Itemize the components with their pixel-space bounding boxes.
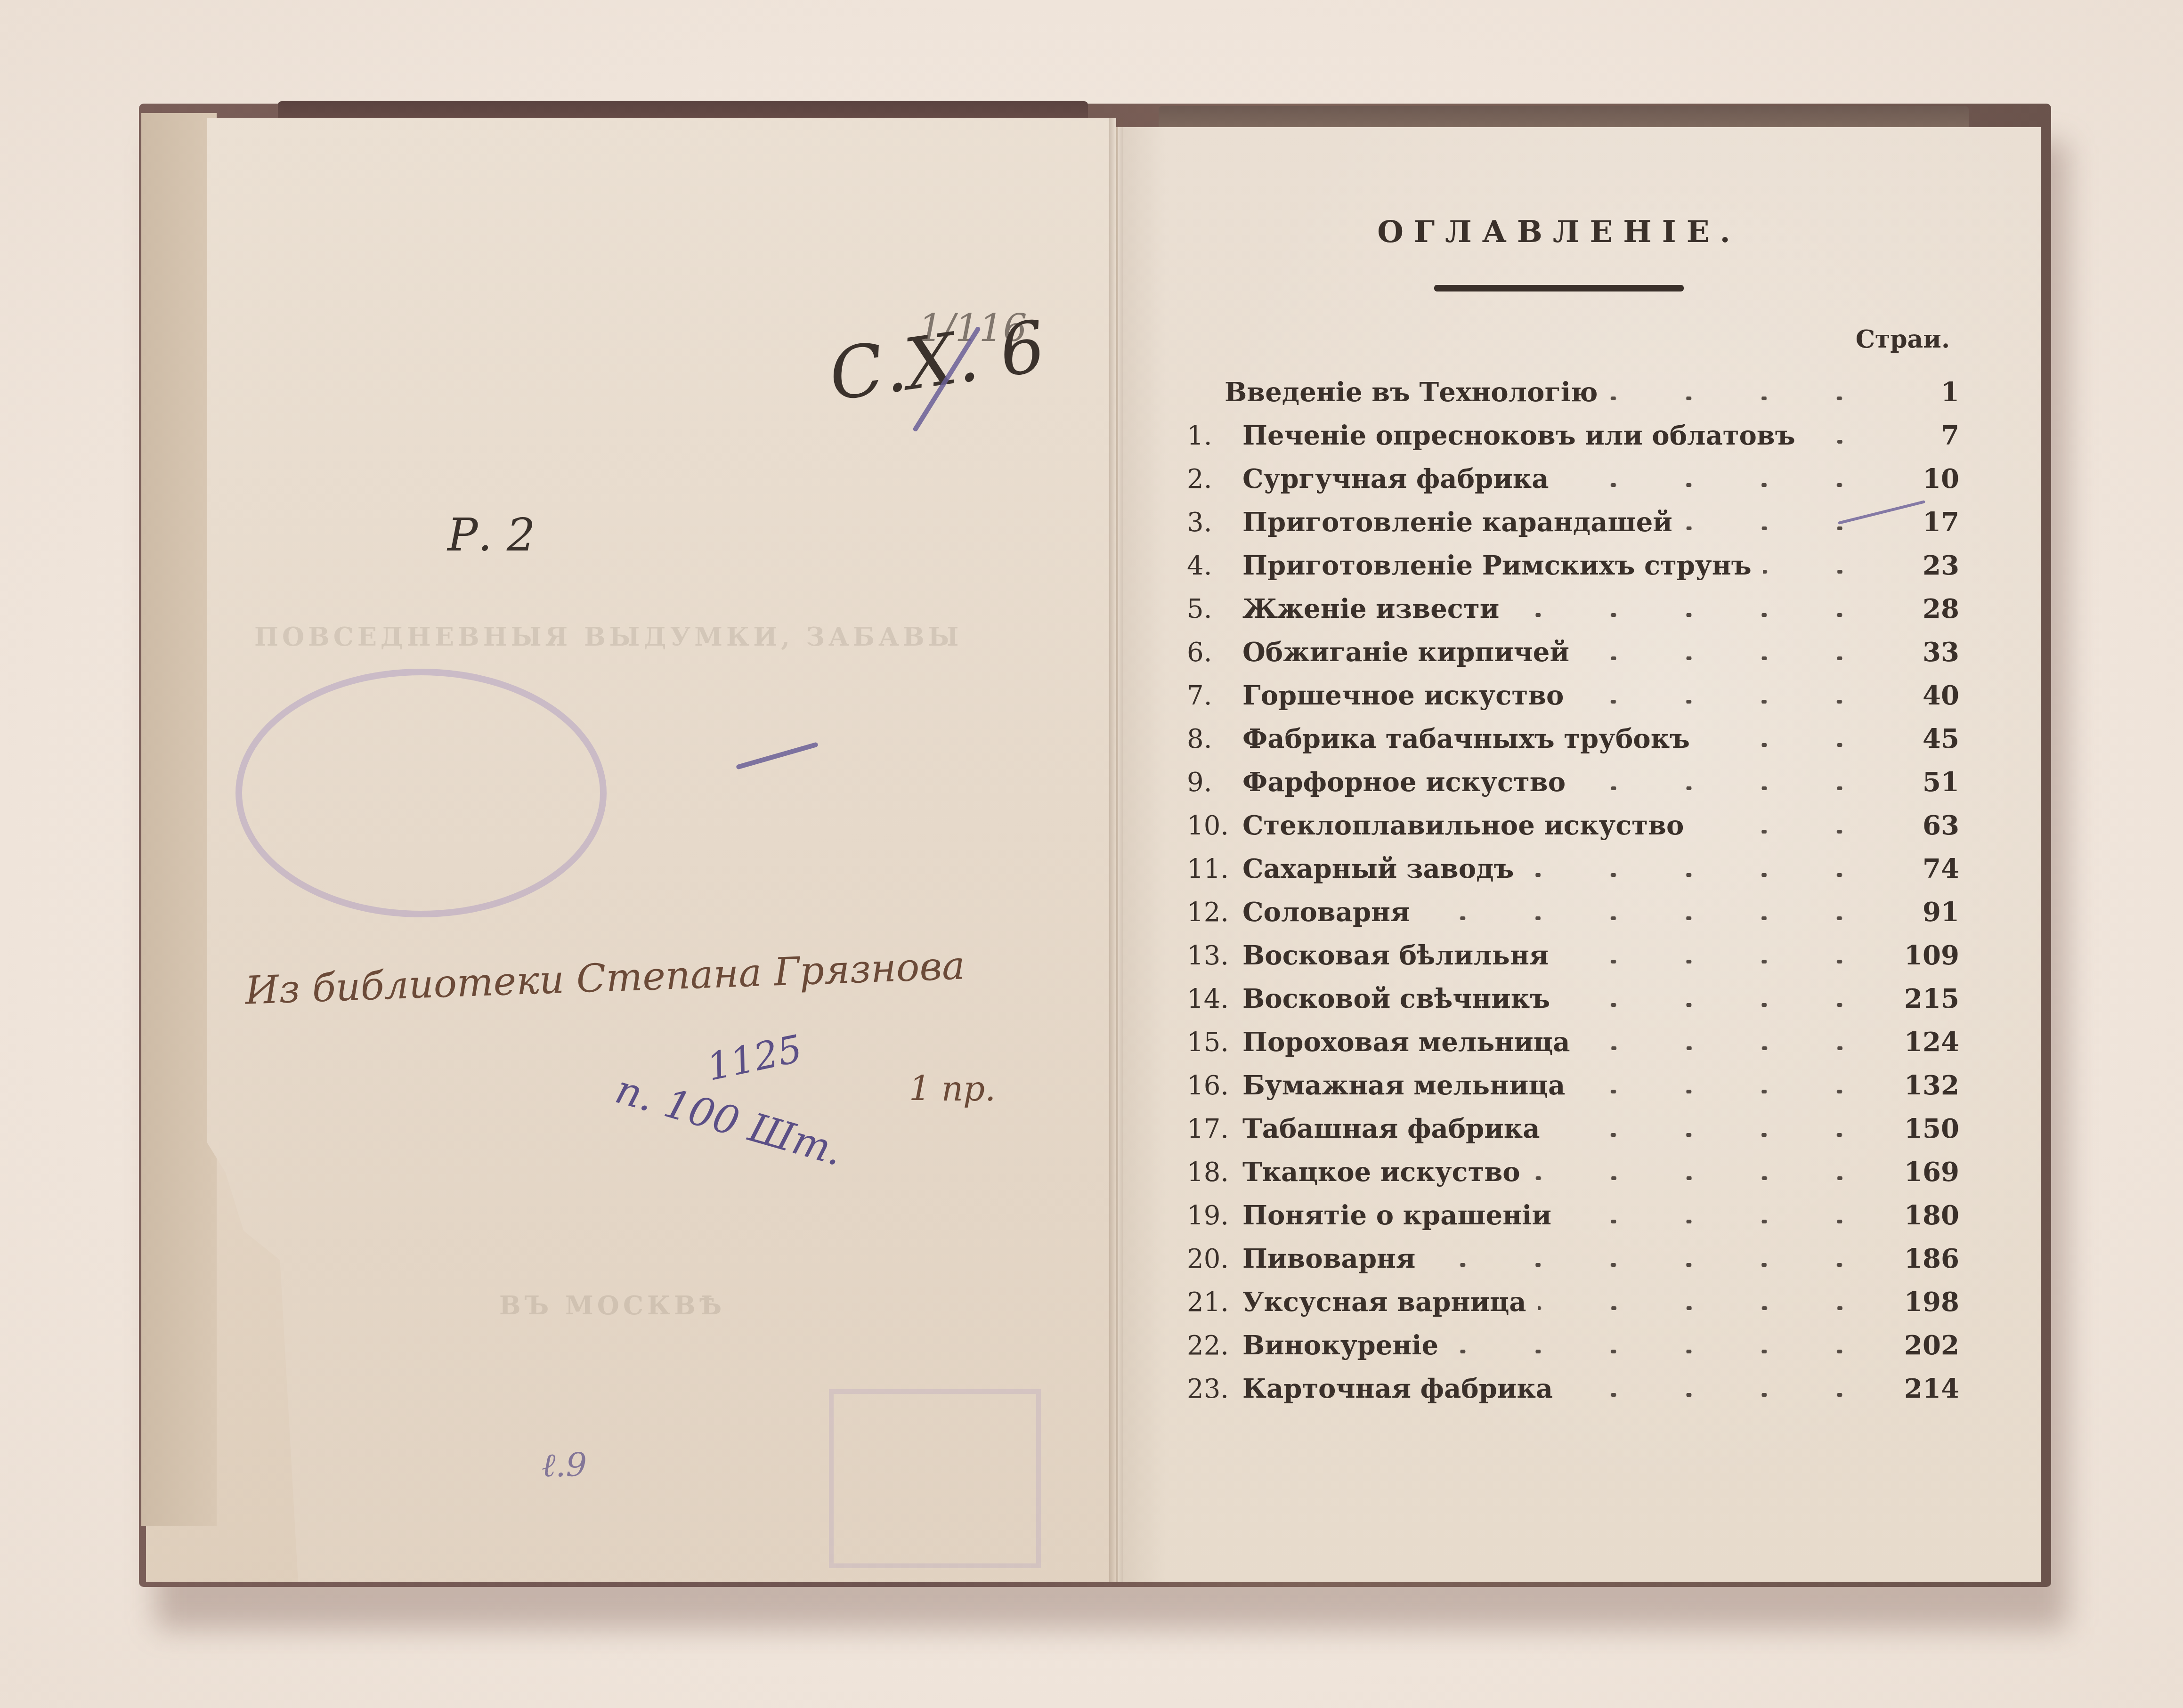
toc-entry: 3. Приготовленіе карандашей 17 xyxy=(1187,507,1959,550)
toc-entry-label: Уксусная варница xyxy=(1242,1287,1526,1318)
toc-entry-page: 215 xyxy=(1889,983,1959,1014)
toc-title: ОГЛАВЛЕНІЕ. xyxy=(1347,214,1771,250)
toc-entry-label: Горшечное искуство xyxy=(1242,680,1564,711)
toc-entry-page: 7 xyxy=(1889,420,1959,451)
toc-entry-number: 16. xyxy=(1187,1070,1242,1101)
violet-pencil-mark: ℓ.9 xyxy=(542,1446,587,1485)
toc-entry-label: Восковая бѣлильня xyxy=(1242,940,1549,971)
toc-entry-number: 18. xyxy=(1187,1157,1242,1188)
toc-entry-number: 3. xyxy=(1187,507,1242,538)
toc-entry-number: 10. xyxy=(1187,810,1242,841)
toc-entry-page: 202 xyxy=(1889,1330,1959,1361)
page-column-header: Страи. xyxy=(1827,325,1950,354)
toc-entry-number: 2. xyxy=(1187,464,1242,494)
toc-entry-number: 17. xyxy=(1187,1114,1242,1144)
toc-entry-page: 132 xyxy=(1889,1070,1959,1101)
leader-dots xyxy=(1427,1263,1877,1267)
toc-entry-label: Пороховая мельница xyxy=(1242,1027,1570,1058)
toc-entry: 14. Восковой свѣчникъ 215 xyxy=(1187,983,1959,1027)
toc-entry-number: 21. xyxy=(1187,1287,1242,1318)
toc-entry-label: Понятіе о крашеніи xyxy=(1242,1200,1551,1231)
toc-entry: 16. Бумажная мельница 132 xyxy=(1187,1070,1959,1113)
library-stamp-rect xyxy=(829,1389,1041,1568)
leader-dots xyxy=(1609,397,1877,400)
leader-dots xyxy=(1450,1350,1877,1353)
toc-entry: 17. Табашная фабрика 150 xyxy=(1187,1113,1959,1157)
toc-entry-page: 169 xyxy=(1889,1157,1959,1188)
toc-entry-number: 22. xyxy=(1187,1330,1242,1361)
right-page-inner-strip xyxy=(1123,127,1166,1582)
toc-entry-label: Печеніе опресноковъ или облатовъ xyxy=(1242,420,1795,451)
toc-entry-label: Ткацкое искуство xyxy=(1242,1157,1520,1188)
toc-entry-number: 9. xyxy=(1187,767,1242,798)
left-flyleaf-strip xyxy=(141,113,217,1526)
toc-entry-number: 7. xyxy=(1187,680,1242,711)
leader-dots xyxy=(1575,700,1877,704)
leader-dots xyxy=(1701,743,1877,747)
toc-entry: 22. Винокуреніе 202 xyxy=(1187,1330,1959,1373)
toc-entry-number: 15. xyxy=(1187,1027,1242,1058)
leader-dots xyxy=(1563,1220,1877,1223)
library-stamp-oval xyxy=(235,669,607,917)
ghost-print-line: ВЪ МОСКВѢ xyxy=(499,1290,725,1320)
leader-dots xyxy=(1684,526,1877,530)
toc-entry-page: 28 xyxy=(1889,593,1959,624)
toc-entry: 13. Восковая бѣлильня 109 xyxy=(1187,940,1959,983)
toc-entry: 18. Ткацкое искуство 169 xyxy=(1187,1157,1959,1200)
toc-entry-label: Пивоварня xyxy=(1242,1243,1415,1274)
toc-entry-number: 20. xyxy=(1187,1244,1242,1274)
toc-entry-label: Табашная фабрика xyxy=(1242,1113,1540,1144)
toc-entry-label: Соловарня xyxy=(1242,897,1410,928)
toc-entry-number: 5. xyxy=(1187,594,1242,624)
toc-entry-label: Фарфорное искуство xyxy=(1242,767,1566,798)
toc-entry-page: 180 xyxy=(1889,1200,1959,1231)
cover-edge-right xyxy=(1159,106,1969,130)
toc-entry-page: 33 xyxy=(1889,637,1959,668)
toc-entry-page: 1 xyxy=(1889,377,1959,408)
leader-dots xyxy=(1561,1003,1877,1007)
toc-entry-number: 14. xyxy=(1187,984,1242,1014)
ghost-print-line: ПОВСЕДНЕВНЫЯ ВЫДУМКИ, ЗАБАВЫ xyxy=(254,622,962,652)
leader-dots xyxy=(1551,1133,1877,1137)
leader-dots xyxy=(1560,483,1877,487)
toc-entry-label: Фабрика табачныхъ трубокъ xyxy=(1242,723,1690,754)
leader-dots xyxy=(1807,440,1877,444)
toc-entry-number: 19. xyxy=(1187,1200,1242,1231)
toc-entry-label: Введеніе въ Технологію xyxy=(1225,377,1598,408)
leader-dots xyxy=(1695,830,1877,834)
toc-entry: Введеніе въ Технологію 1 xyxy=(1187,377,1959,420)
toc-entry-page: 124 xyxy=(1889,1027,1959,1058)
toc-entry: 23. Карточная фабрика 214 xyxy=(1187,1373,1959,1417)
toc-entry-page: 45 xyxy=(1889,723,1959,754)
toc-entry-label: Бумажная мельница xyxy=(1242,1070,1565,1101)
shelfmark-extra: 1/116 xyxy=(918,306,1027,350)
toc-entry: 7. Горшечное искуство 40 xyxy=(1187,680,1959,723)
toc-entry-label: Восковой свѣчникъ xyxy=(1242,983,1550,1014)
leader-dots xyxy=(1564,1393,1877,1397)
toc-entry-number: 4. xyxy=(1187,550,1242,581)
toc-entry-page: 40 xyxy=(1889,680,1959,711)
toc-entry-label: Приготовленіе карандашей xyxy=(1242,507,1672,538)
toc-entry-label: Сахарный заводъ xyxy=(1242,853,1514,884)
toc-entry-number: 8. xyxy=(1187,724,1242,754)
leader-dots xyxy=(1525,873,1877,877)
toc-entry-label: Винокуреніе xyxy=(1242,1330,1438,1361)
book-gutter xyxy=(1109,118,1123,1582)
table-of-contents: Введеніе въ Технологію 1 1. Печеніе опре… xyxy=(1187,377,1959,1417)
toc-entry-page: 74 xyxy=(1889,853,1959,884)
toc-entry: 21. Уксусная варница 198 xyxy=(1187,1287,1959,1330)
leader-dots xyxy=(1510,613,1877,617)
leader-dots xyxy=(1560,960,1877,963)
toc-entry-number: 11. xyxy=(1187,854,1242,884)
toc-entry: 12. Соловарня 91 xyxy=(1187,897,1959,940)
toc-entry: 5. Жженіе извести 28 xyxy=(1187,593,1959,637)
toc-entry: 19. Понятіе о крашеніи 180 xyxy=(1187,1200,1959,1243)
toc-entry-page: 198 xyxy=(1889,1287,1959,1318)
toc-entry-number: 13. xyxy=(1187,940,1242,971)
leader-dots xyxy=(1577,786,1877,790)
toc-entry-label: Сургучная фабрика xyxy=(1242,463,1549,494)
toc-entry-page: 186 xyxy=(1889,1243,1959,1274)
toc-entry: 4. Приготовленіе Римскихъ струнъ 23 xyxy=(1187,550,1959,593)
toc-entry-page: 91 xyxy=(1889,897,1959,928)
toc-entry-page: 214 xyxy=(1889,1373,1959,1404)
toc-entry: 10. Стеклоплавильное искуство 63 xyxy=(1187,810,1959,853)
toc-entry: 2. Сургучная фабрика 10 xyxy=(1187,463,1959,507)
toc-entry-page: 150 xyxy=(1889,1113,1959,1144)
toc-entry-page: 10 xyxy=(1889,463,1959,494)
toc-entry-number: 6. xyxy=(1187,637,1242,668)
leader-dots xyxy=(1532,1176,1877,1180)
toc-entry-page: 23 xyxy=(1889,550,1959,581)
toc-entry: 8. Фабрика табачныхъ трубокъ 45 xyxy=(1187,723,1959,767)
leader-dots xyxy=(1582,1046,1878,1050)
toc-entry-page: 109 xyxy=(1889,940,1959,971)
toc-entry: 9. Фарфорное искуство 51 xyxy=(1187,767,1959,810)
toc-entry-label: Жженіе извести xyxy=(1242,593,1499,624)
toc-entry-number: 12. xyxy=(1187,897,1242,928)
toc-entry-label: Приготовленіе Римскихъ струнъ xyxy=(1242,550,1752,581)
toc-entry-number: 1. xyxy=(1187,421,1242,451)
toc-entry-label: Обжиганіе кирпичей xyxy=(1242,637,1569,668)
toc-entry: 20. Пивоварня 186 xyxy=(1187,1243,1959,1287)
leader-dots xyxy=(1538,1306,1877,1310)
toc-entry: 6. Обжиганіе кирпичей 33 xyxy=(1187,637,1959,680)
toc-entry-page: 17 xyxy=(1889,507,1959,538)
toc-entry-label: Стеклоплавильное искуство xyxy=(1242,810,1684,841)
leader-dots xyxy=(1581,656,1877,660)
toc-entry: 15. Пороховая мельница 124 xyxy=(1187,1027,1959,1070)
ownership-inscription-small: 1 пр. xyxy=(909,1069,996,1109)
toc-entry: 1. Печеніе опресноковъ или облатовъ 7 xyxy=(1187,420,1959,463)
toc-entry-label: Карточная фабрика xyxy=(1242,1373,1553,1404)
pencil-mark: Р. 2 xyxy=(447,509,536,561)
title-rule xyxy=(1434,285,1684,291)
toc-entry-page: 51 xyxy=(1889,767,1959,798)
leader-dots xyxy=(1421,916,1877,920)
leader-dots xyxy=(1763,570,1877,574)
toc-entry-number: 23. xyxy=(1187,1374,1242,1404)
leader-dots xyxy=(1576,1090,1877,1093)
toc-entry: 11. Сахарный заводъ 74 xyxy=(1187,853,1959,897)
toc-entry-page: 63 xyxy=(1889,810,1959,841)
